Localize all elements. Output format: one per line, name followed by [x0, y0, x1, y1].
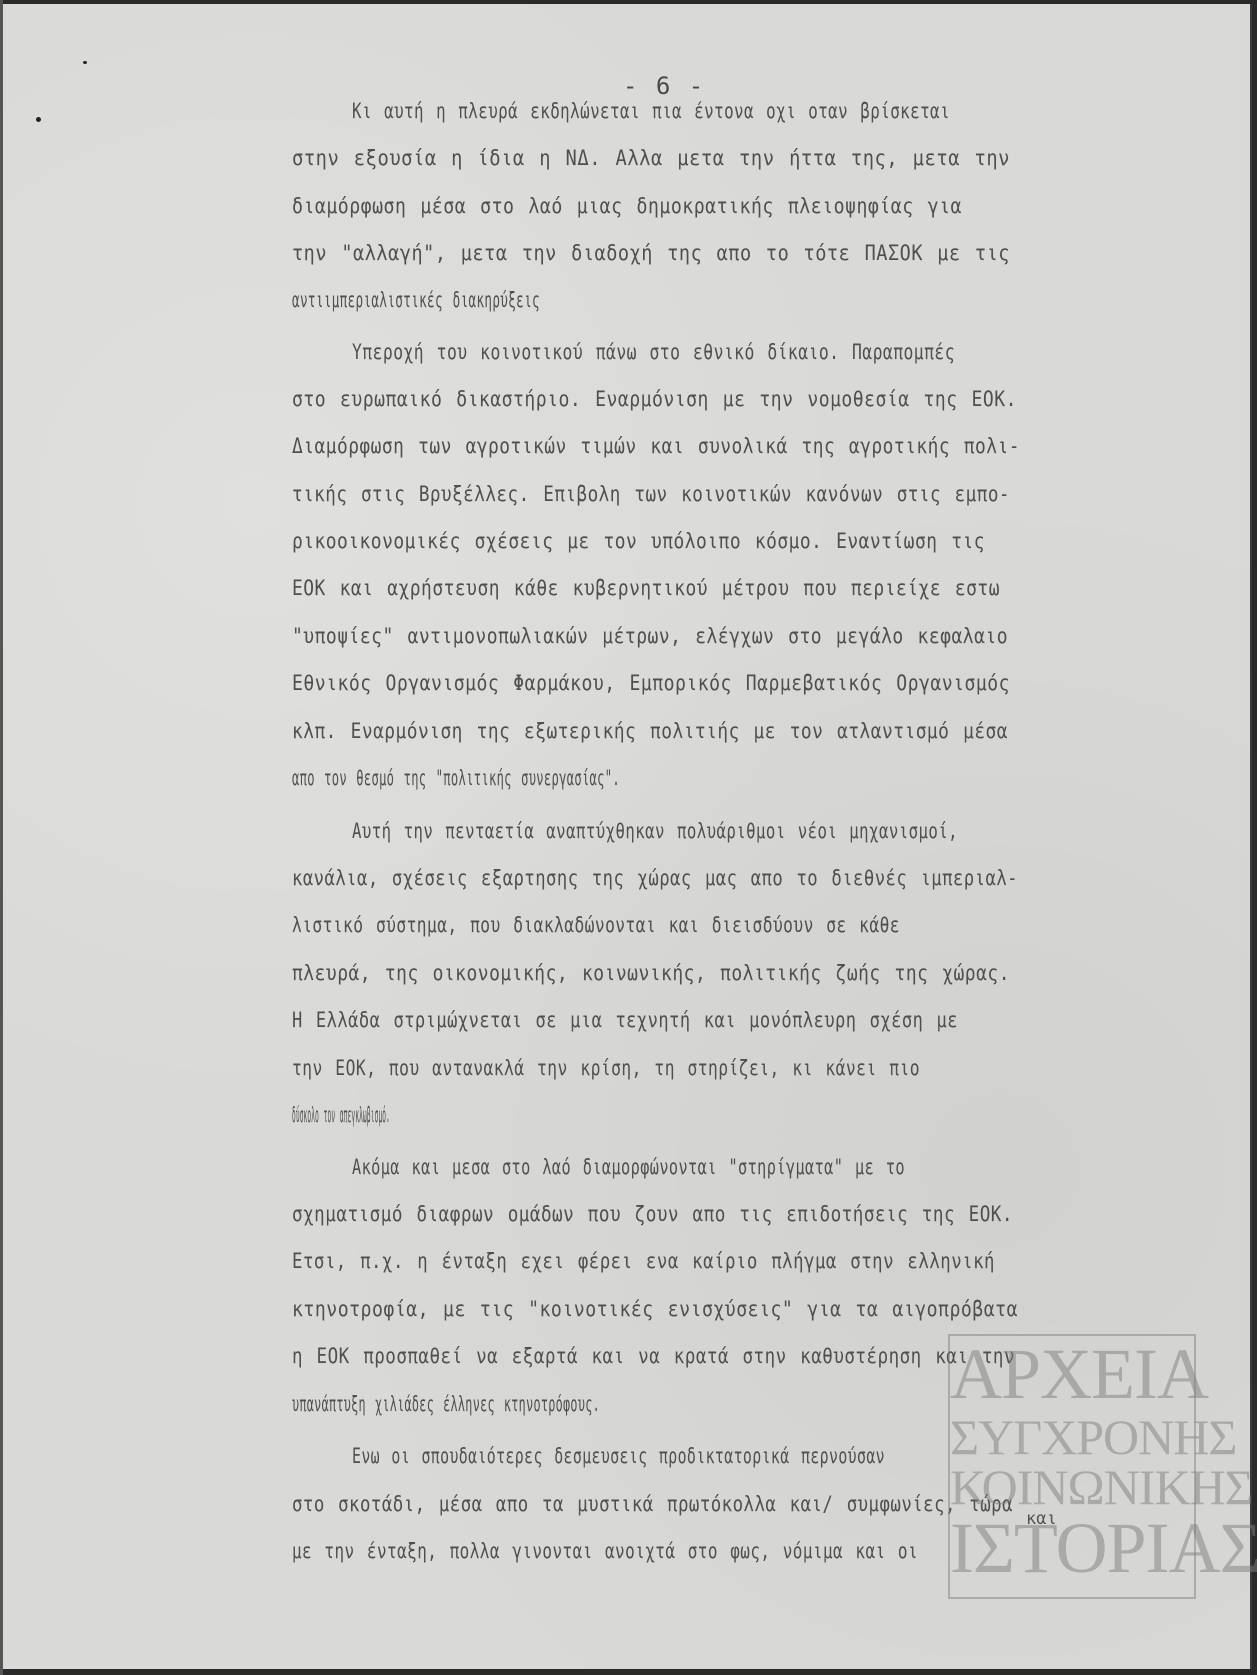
text-line: κανάλια, σχέσεις εξαρτησης της χώρας μας…: [292, 866, 1018, 891]
text-line: ρικοοικονομικές σχέσεις με τον υπόλοιπο …: [292, 529, 985, 554]
text-line: απο τον θεσμό της "πολιτικής συνεργασίας…: [292, 766, 620, 791]
ink-speck: [36, 117, 41, 122]
text-line: Υπεροχή του κοινοτικού πάνω στο εθνικό δ…: [352, 340, 955, 365]
text-line: στο σκοτάδι, μέσα απο τα μυστικά πρωτόκο…: [292, 1492, 1013, 1517]
text-line: Εθνικός Οργανισμός Φαρμάκου, Εμπορικός Π…: [292, 671, 1010, 696]
text-line: Διαμόρφωση των αγροτικών τιμών και συνολ…: [292, 434, 1020, 459]
text-line: Αυτή την πενταετία αναπτύχθηκαν πολυάριθ…: [352, 819, 958, 844]
page-number: - 6 -: [623, 72, 705, 100]
watermark-line: ΙΣΤΟΡΙΑΣ: [950, 1512, 1194, 1584]
text-line: κλπ. Εναρμόνιση της εξωτερικής πολιτιής …: [292, 719, 1008, 744]
archive-watermark: ΑΡΧΕΙΑ ΣΥΓΧΡΟΝΗΣ ΚΟΙΝΩΝΙΚΗΣ ΙΣΤΟΡΙΑΣ: [948, 1334, 1196, 1599]
handwritten-insert: και: [1026, 1509, 1057, 1529]
text-line: αντιιμπεριαλιστικές διακηρύξεις: [292, 288, 540, 313]
text-line: πλευρά, της οικονομικής, κοινωνικής, πολ…: [292, 961, 1010, 986]
text-line: Η Ελλάδα στριμώχνεται σε μια τεχνητή και…: [292, 1008, 958, 1033]
text-line: κτηνοτροφία, με τις "κοινοτικές ενισχύσε…: [292, 1297, 1018, 1322]
text-line: στο ευρωπαικό δικαστήριο. Εναρμόνιση με …: [292, 387, 1017, 412]
text-line: τικής στις Βρυξέλλες. Επιβολη των κοινοτ…: [292, 482, 1010, 507]
text-line: διαμόρφωση μέσα στο λαό μιας δημοκρατική…: [292, 194, 962, 219]
text-line: δύσκολο τον απεγκλωβισμό.: [292, 1103, 390, 1128]
text-line: Ενω οι σπουδαιότερες δεσμευσεις προδικτα…: [352, 1444, 885, 1469]
watermark-line: ΣΥΓΧΡΟΝΗΣ: [950, 1412, 1194, 1462]
text-line: λιστικό σύστημα, που διακλαδώνονται και …: [292, 913, 900, 938]
text-line: την ΕΟΚ, που αντανακλά την κρίση, τη στη…: [292, 1056, 920, 1081]
text-line: Ακόμα και μεσα στο λαό διαμορφώνονται "σ…: [352, 1155, 905, 1180]
text-line: η ΕΟΚ προσπαθεί να εξαρτά και να κρατά σ…: [292, 1344, 1015, 1369]
text-line: την "αλλαγή", μετα την διαδοχή της απο τ…: [292, 241, 1010, 266]
text-line: με την ένταξη, πολλα γινονται ανοιχτά στ…: [292, 1539, 918, 1564]
text-line: υπανάπτυξη χιλιάδες έλληνες κτηνοτρόφους…: [292, 1392, 600, 1417]
text-line: σχηματισμό διαφρων ομάδων που ζουν απο τ…: [292, 1202, 1013, 1227]
text-line: Ετσι, π.χ. η ένταξη εχει φέρει ενα καίρι…: [292, 1249, 995, 1274]
text-line: στην εξουσία η ίδια η ΝΔ. Αλλα μετα την …: [292, 146, 1010, 171]
ink-speck: [83, 61, 87, 64]
text-line: Κι αυτή η πλευρά εκδηλώνεται πια έντονα …: [352, 99, 950, 124]
text-line: "υποψίες" αντιμονοπωλιακών μέτρων, ελέγχ…: [292, 624, 1008, 649]
document-page: - 6 - Κι αυτή η πλευρά εκδηλώνεται πια έ…: [3, 4, 1252, 1669]
text-line: ΕΟΚ και αχρήστευση κάθε κυβερνητικού μέτ…: [292, 576, 1000, 601]
